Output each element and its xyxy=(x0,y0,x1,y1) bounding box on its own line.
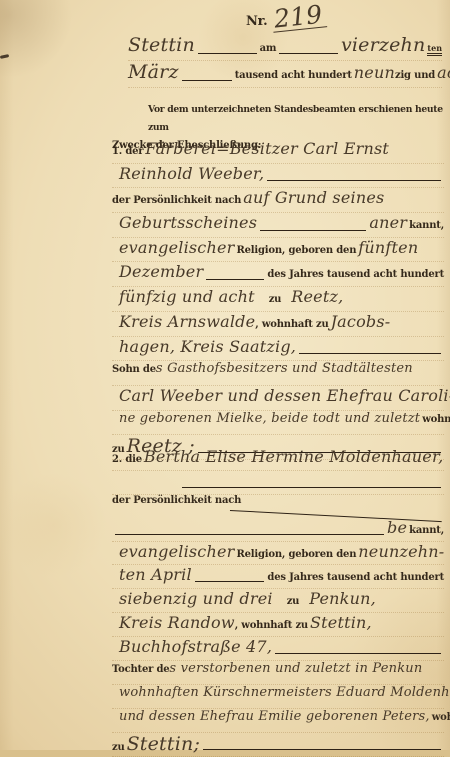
bride-birth-district-entry: Kreis Randow xyxy=(119,613,235,632)
ink-stroke xyxy=(182,80,232,81)
groom-birth-day-entry: fünften xyxy=(358,238,418,257)
bride-parents-entry-2: wohnhaften Kürschnermeisters Eduard Mold… xyxy=(119,685,450,700)
bride-recognized-row: be kannt, xyxy=(112,518,444,542)
identity-label: der Persönlichkeit nach xyxy=(112,495,241,506)
year-printed-label: tausend acht hundert xyxy=(235,70,352,81)
groom-parents-entry-3: ne geborenen Mielke, beide todt und zule… xyxy=(119,411,420,426)
ink-stroke xyxy=(299,353,441,354)
groom-birth-district-entry: Kreis Arnswalde xyxy=(119,312,255,331)
groom-parents-entry-2: Carl Weeber und dessen Ehefrau Caroli- xyxy=(119,386,450,405)
bride-district-row: Kreis Randow , wohnhaft zu Stettin, xyxy=(112,613,444,637)
groom-section: 1. der Färberei=Besitzer Carl Ernst Rein… xyxy=(112,139,444,460)
bride-religion-entry: evangelischer xyxy=(119,542,235,561)
ink-stroke xyxy=(275,653,441,654)
groom-parents-row-2: Carl Weeber und dessen Ehefrau Caroli- xyxy=(112,386,444,411)
bride-parents-row-1: Tochter de s verstorbenen und zuletzt in… xyxy=(112,661,444,685)
bride-parents-entry-1: s verstorbenen und zuletzt in Penkun xyxy=(169,661,422,676)
bride-parents-entry-3: und dessen Ehefrau Emilie geborenen Pete… xyxy=(119,709,430,724)
wohnhaft-label: wohnhaft xyxy=(432,712,450,723)
bride-birth-year-row: siebenzig und drei zu Penkun, xyxy=(112,589,444,613)
ink-stroke xyxy=(182,487,441,488)
bride-name-entry: Bertha Elise Hermine Moldenhauer, xyxy=(144,447,443,466)
groom-religion-entry: evangelischer xyxy=(119,238,235,257)
groom-parents-row-1: Sohn de s Gasthofsbesitzers und Stadtält… xyxy=(112,361,444,386)
groom-birth-place-entry: Reetz, xyxy=(291,287,343,306)
date-month: März xyxy=(128,61,179,83)
year-ones-entry: acht. xyxy=(437,63,450,82)
bride-street-entry: Buchhofstraße 47, xyxy=(119,637,272,656)
date-day-word: vierzehn xyxy=(341,34,425,56)
bride-parents-row-3: und dessen Ehefrau Emilie geborenen Pete… xyxy=(112,709,444,733)
dateline-row-1: Stettin am vierzehn ten xyxy=(128,34,442,61)
year-tens-entry: neun xyxy=(354,63,395,82)
bride-section: 2. die Bertha Elise Hermine Moldenhauer,… xyxy=(112,447,444,750)
zu-label: zu xyxy=(287,596,300,607)
dateline-city: Stettin xyxy=(128,34,195,56)
groom-birth-year-entry: fünfzig und acht xyxy=(119,287,255,306)
zu-label: zu xyxy=(269,294,282,305)
registry-number: Nr. 219 xyxy=(246,4,327,30)
bride-birth-month-row: ten April des Jahres tausend acht hunder… xyxy=(112,565,444,589)
intro-line-1: Vor dem unterzeichneten Standesbeamten e… xyxy=(112,101,446,137)
ink-stroke xyxy=(195,581,265,582)
registry-number-label: Nr. xyxy=(246,14,267,29)
identity-label: der Persönlichkeit nach xyxy=(112,195,241,206)
kannt-label: kannt, xyxy=(409,220,444,231)
zu-label: zu xyxy=(112,742,125,750)
bride-identity-row: der Persönlichkeit nach xyxy=(112,495,444,518)
groom-birth-month-row: Dezember des Jahres tausend acht hundert xyxy=(112,262,444,287)
bride-residence-entry: Stettin, xyxy=(310,613,372,632)
bride-birth-day-entry-2: ten April xyxy=(119,565,192,584)
bride-recognized-entry: be xyxy=(387,518,407,537)
groom-parents-row-3: ne geborenen Mielke, beide todt und zule… xyxy=(112,411,444,436)
dateline: Stettin am vierzehn ten März tausend ach… xyxy=(128,34,442,88)
groom-residence-entry-2: hagen, Kreis Saatzig, xyxy=(119,337,296,356)
groom-identity-row-2: Geburtsscheines aner kannt, xyxy=(112,213,444,238)
year-label: des Jahres tausend acht hundert xyxy=(267,572,444,583)
groom-residence-row-2: hagen, Kreis Saatzig, xyxy=(112,337,444,362)
document-page: Nr. 219 Stettin am vierzehn ten März tau… xyxy=(0,0,450,750)
groom-parents-entry-1: s Gasthofsbesitzers und Stadtältesten xyxy=(156,361,413,376)
dateline-row-2: März tausend acht hundert neun zig und a… xyxy=(128,61,442,88)
religion-label: Religion, geboren den xyxy=(237,245,357,256)
bride-religion-row: evangelischer Religion, geboren den neun… xyxy=(112,542,444,566)
groom-identity-entry: auf Grund seines xyxy=(243,188,384,207)
margin-ink-mark xyxy=(0,54,9,59)
bride-birth-year-entry: siebenzig und drei xyxy=(119,589,273,608)
bride-name-row: 2. die Bertha Elise Hermine Moldenhauer, xyxy=(112,447,444,471)
bride-parents-row-2: wohnhaften Kürschnermeisters Eduard Mold… xyxy=(112,685,444,709)
bride-birth-place-entry: Penkun, xyxy=(309,589,376,608)
bride-birth-day-entry: neunzehn- xyxy=(358,542,444,561)
wohnhaft-zu-label: , wohnhaft zu xyxy=(235,620,308,631)
bride-parents-residence-row: zu Stettin; xyxy=(112,733,444,750)
groom-occupation-row: 1. der Färberei=Besitzer Carl Ernst xyxy=(112,139,444,164)
ink-stroke xyxy=(206,279,264,280)
tochter-des-label: Tochter de xyxy=(112,664,169,675)
groom-birth-year-row: fünfzig und acht zu Reetz, xyxy=(112,287,444,312)
wohnhaft-label: wohnhaft xyxy=(422,414,450,425)
ink-stroke xyxy=(267,180,441,181)
registry-number-value: 219 xyxy=(271,1,328,33)
bride-street-row: Buchhofstraße 47, xyxy=(112,637,444,661)
zig-und-label: zig und xyxy=(395,70,435,81)
groom-birth-month-entry: Dezember xyxy=(119,262,203,281)
groom-identity-row: der Persönlichkeit nach auf Grund seines xyxy=(112,188,444,213)
religion-label: Religion, geboren den xyxy=(237,549,357,560)
item-1-label: 1. der xyxy=(112,146,143,157)
groom-religion-row: evangelischer Religion, geboren den fünf… xyxy=(112,238,444,263)
groom-district-row: Kreis Arnswalde , wohnhaft zu Jacobs- xyxy=(112,312,444,337)
wohnhaft-zu-label: , wohnhaft zu xyxy=(255,319,328,330)
sohn-des-label: Sohn de xyxy=(112,364,156,375)
ink-stroke xyxy=(203,749,441,750)
bride-parents-residence-entry: Stettin; xyxy=(127,733,200,750)
ink-stroke xyxy=(279,53,338,54)
groom-name-entry: Reinhold Weeber, xyxy=(119,164,264,183)
kannt-label: kannt, xyxy=(409,525,444,536)
groom-recognized-entry: aner xyxy=(369,213,407,232)
groom-identity-entry-2: Geburtsscheines xyxy=(119,213,257,232)
ink-stroke xyxy=(198,53,257,54)
bride-blank-row xyxy=(112,471,444,495)
ink-stroke xyxy=(260,230,366,231)
item-2-label: 2. die xyxy=(112,454,142,465)
year-label: des Jahres tausend acht hundert xyxy=(267,269,444,280)
ten-suffix-label: ten xyxy=(427,43,442,56)
am-label: am xyxy=(260,43,277,54)
groom-residence-entry: Jacobs- xyxy=(331,312,391,331)
groom-name-row: Reinhold Weeber, xyxy=(112,164,444,189)
ink-stroke xyxy=(115,534,384,535)
groom-occupation-entry: Färberei=Besitzer Carl Ernst xyxy=(145,139,389,158)
